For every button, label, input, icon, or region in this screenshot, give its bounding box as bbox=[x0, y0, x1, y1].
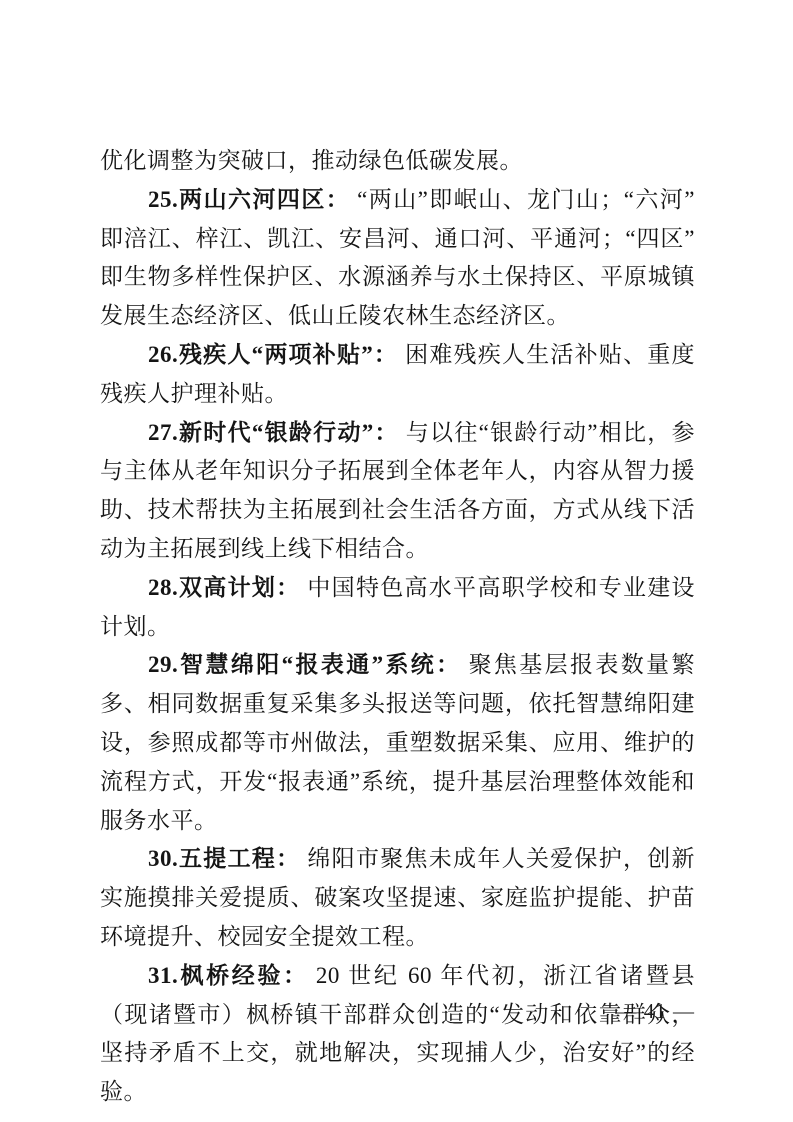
glossary-definition: 聚焦基层报表数量繁多、相同数据重复采集多头报送等问题，依托智慧绵阳建设，参照成都… bbox=[100, 652, 695, 832]
glossary-item-31: 31.枫桥经验：20 世纪 60 年代初，浙江省诸暨县（现诸暨市）枫桥镇干部群众… bbox=[100, 957, 695, 1112]
continuation-paragraph: 优化调整为突破口，推动绿色低碳发展。 bbox=[100, 142, 695, 181]
glossary-item-26: 26.残疾人“两项补贴”：困难残疾人生活补贴、重度残疾人护理补贴。 bbox=[100, 336, 695, 414]
glossary-text-block: 优化调整为突破口，推动绿色低碳发展。 25.两山六河四区：“两山”即岷山、龙门山… bbox=[100, 142, 695, 1112]
glossary-term: 27.新时代“银龄行动”： bbox=[148, 420, 406, 445]
glossary-item-27: 27.新时代“银龄行动”：与以往“银龄行动”相比，参与主体从老年知识分子拓展到全… bbox=[100, 414, 695, 569]
page-number: — 41 — bbox=[616, 999, 696, 1023]
glossary-item-28: 28.双高计划：中国特色高水平高职学校和专业建设计划。 bbox=[100, 569, 695, 647]
glossary-item-25: 25.两山六河四区：“两山”即岷山、龙门山；“六河”即涪江、梓江、凯江、安昌河、… bbox=[100, 181, 695, 336]
page-footer: — 41 — bbox=[616, 999, 696, 1024]
glossary-term: 30.五提工程： bbox=[148, 846, 307, 871]
document-page: 优化调整为突破口，推动绿色低碳发展。 25.两山六河四区：“两山”即岷山、龙门山… bbox=[0, 0, 793, 1122]
glossary-term: 29.智慧绵阳“报表通”系统： bbox=[148, 652, 469, 677]
glossary-term: 25.两山六河四区： bbox=[148, 187, 357, 212]
glossary-term: 31.枫桥经验： bbox=[148, 963, 316, 988]
glossary-term: 26.残疾人“两项补贴”： bbox=[148, 342, 405, 367]
continuation-text: 优化调整为突破口，推动绿色低碳发展。 bbox=[100, 148, 523, 173]
glossary-item-29: 29.智慧绵阳“报表通”系统：聚焦基层报表数量繁多、相同数据重复采集多头报送等问… bbox=[100, 646, 695, 840]
glossary-term: 28.双高计划： bbox=[148, 575, 307, 600]
glossary-item-30: 30.五提工程：绵阳市聚焦未成年人关爱保护，创新实施摸排关爱提质、破案攻坚提速、… bbox=[100, 840, 695, 956]
